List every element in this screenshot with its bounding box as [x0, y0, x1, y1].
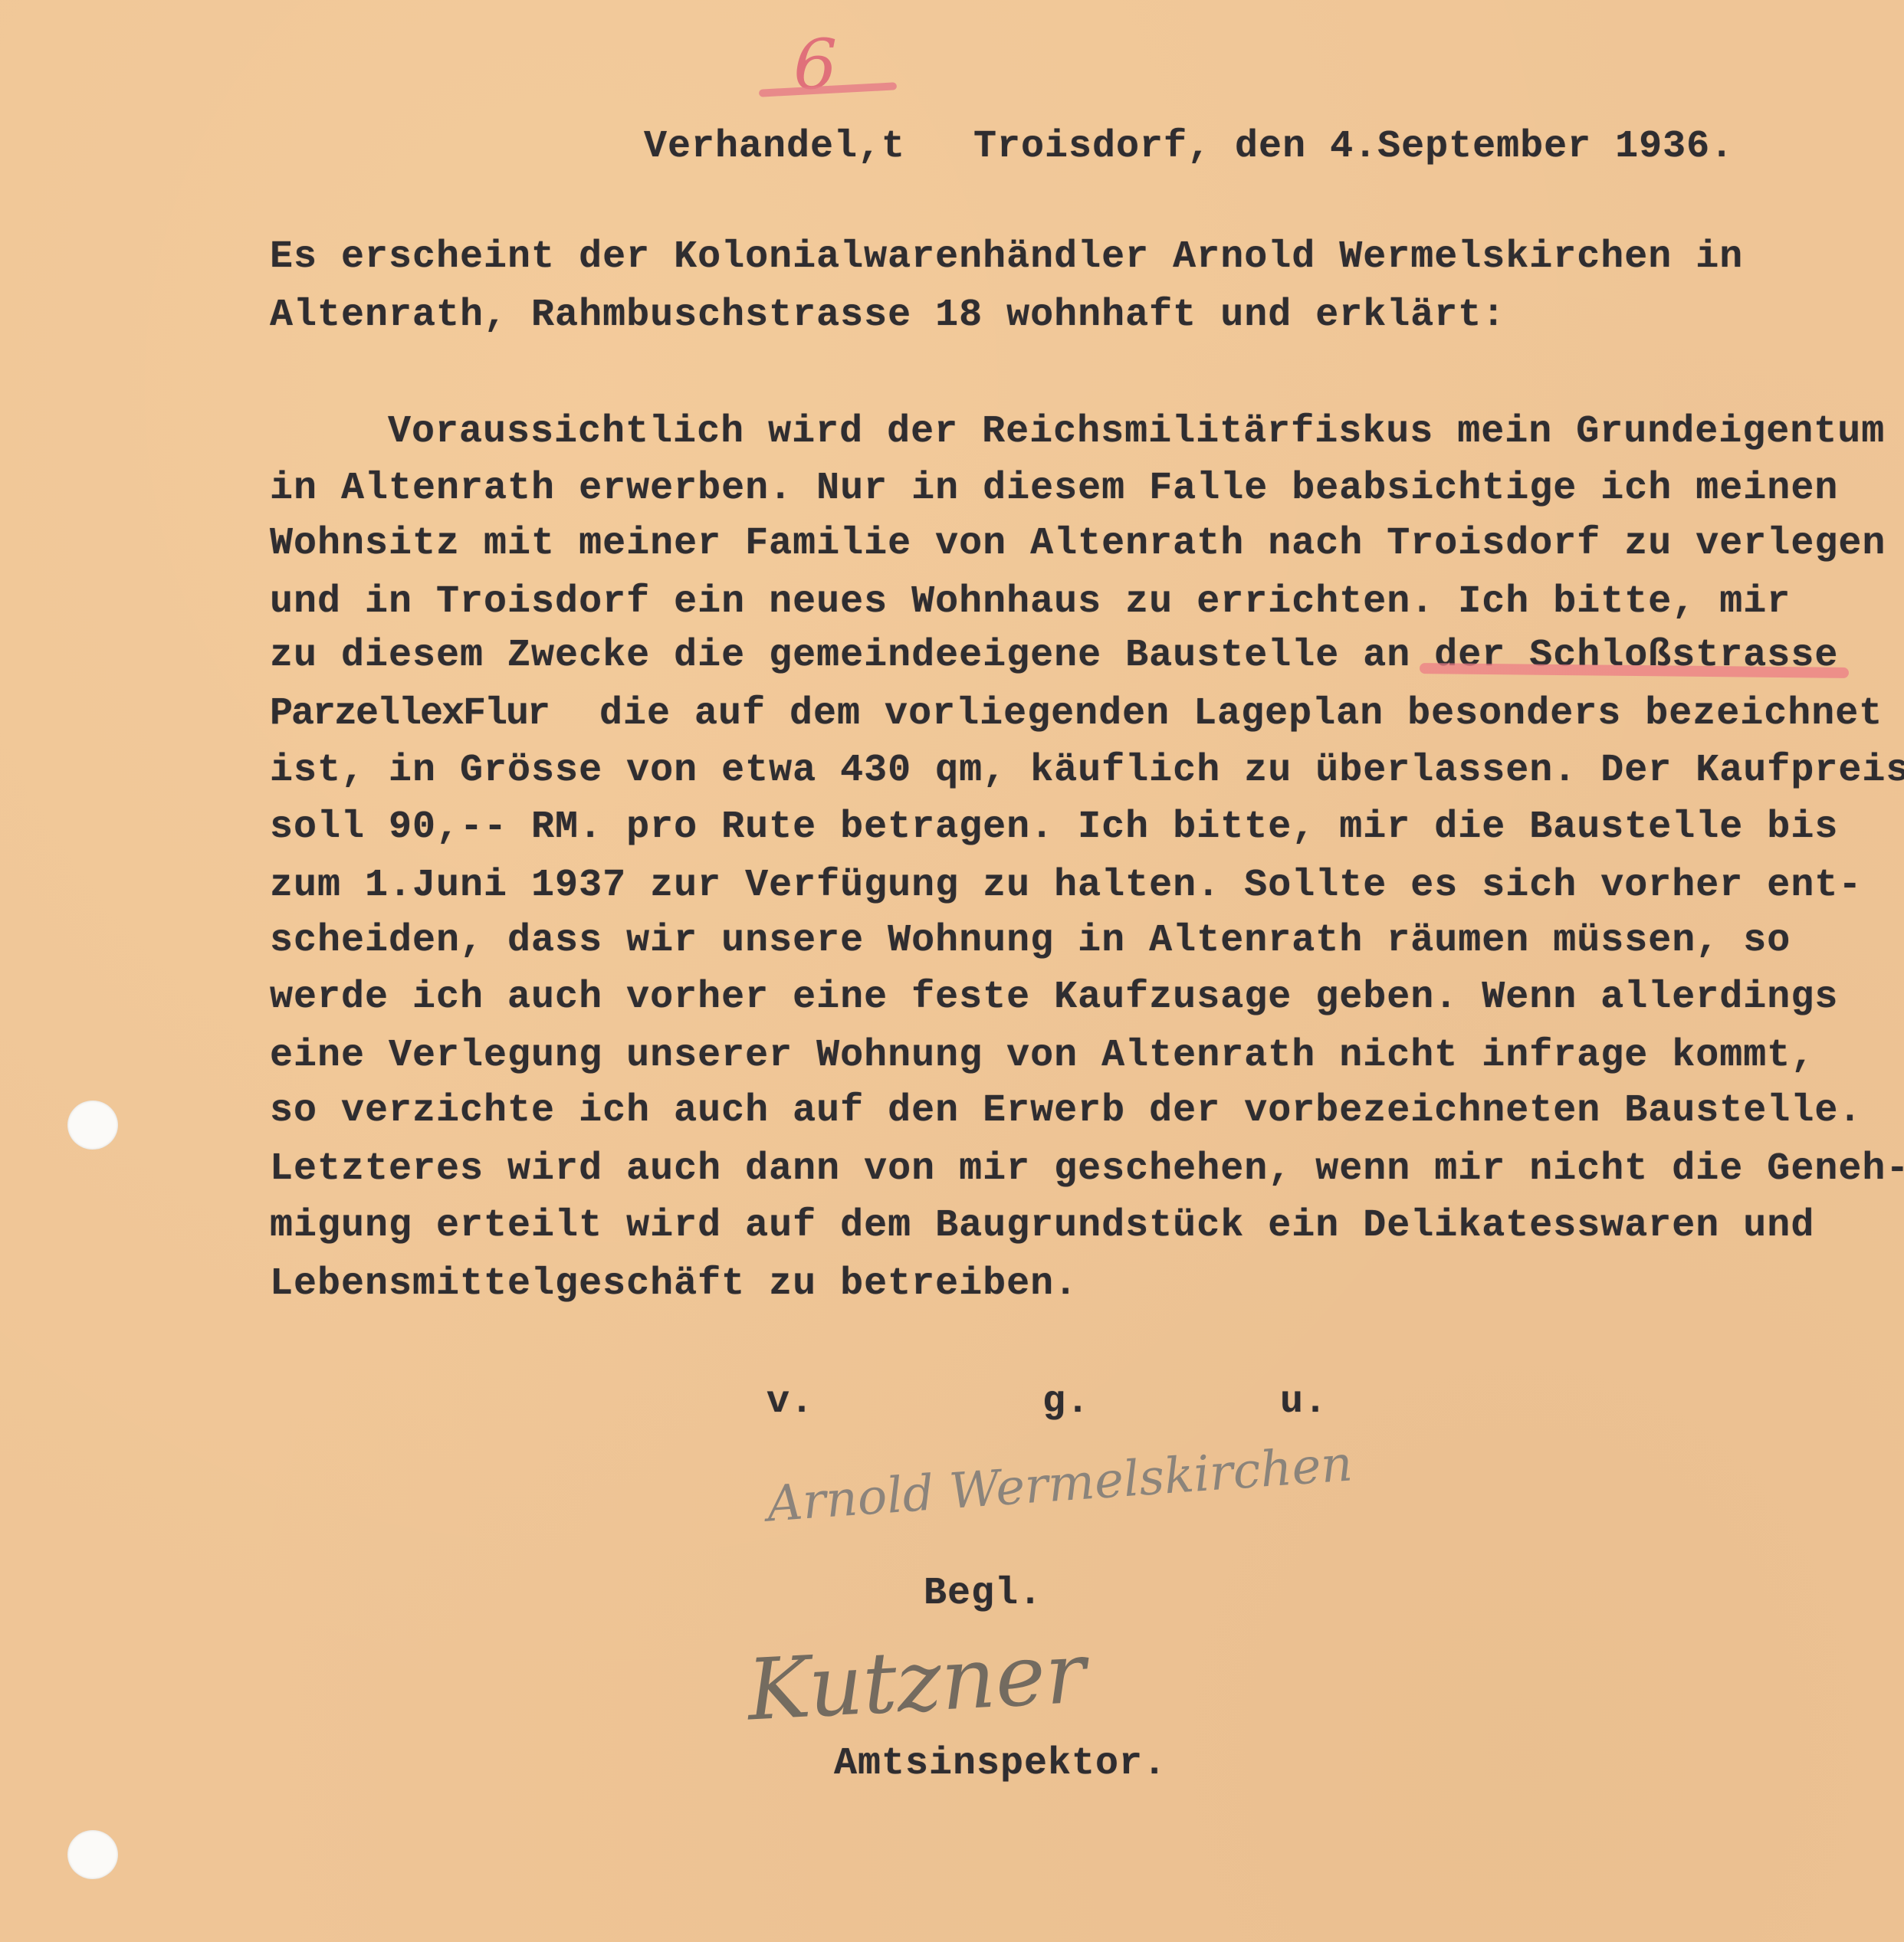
closing-g: g.	[1042, 1379, 1090, 1425]
body-line: soll 90,-- RM. pro Rute betragen. Ich bi…	[270, 805, 1838, 851]
closing-u: u.	[1280, 1379, 1328, 1425]
body-line: Lebensmittelgeschäft zu betreiben.	[270, 1261, 1078, 1307]
body-line: eine Verlegung unserer Wohnung von Alten…	[270, 1033, 1814, 1079]
body-line: scheiden, dass wir unsere Wohnung in Alt…	[270, 918, 1791, 964]
intro-line: Altenrath, Rahmbuschstrasse 18 wohnhaft …	[270, 293, 1505, 339]
certification-label: Begl.	[924, 1571, 1042, 1617]
body-line: werde ich auch vorher eine feste Kaufzus…	[270, 975, 1838, 1021]
body-line: Letzteres wird auch dann von mir gescheh…	[270, 1147, 1904, 1192]
body-line: Wohnsitz mit meiner Familie von Altenrat…	[270, 521, 1886, 567]
closing-v: v.	[767, 1379, 814, 1425]
body-line: in Altenrath erwerben. Nur in diesem Fal…	[270, 466, 1838, 512]
body-line: so verzichte ich auch auf den Erwerb der…	[270, 1088, 1862, 1134]
official-title: Amtsinspektor.	[834, 1741, 1167, 1787]
heading-left: Verhandel,t	[644, 124, 905, 170]
body-line: ist, in Grösse von etwa 430 qm, käuflich…	[270, 748, 1904, 794]
body-line: die auf dem vorliegenden Lageplan besond…	[599, 691, 1883, 737]
body-line: migung erteilt wird auf dem Baugrundstüc…	[270, 1203, 1814, 1249]
punch-hole	[67, 1830, 118, 1879]
struck-out-text: ParzellexFlur	[270, 691, 549, 737]
declarant-signature: Arnold Wermelskirchen	[765, 1435, 1354, 1533]
punch-hole	[67, 1101, 118, 1150]
intro-line: Es erscheint der Kolonialwarenhändler Ar…	[270, 235, 1743, 280]
body-line: Voraussichtlich wird der Reichsmilitärfi…	[388, 409, 1885, 455]
body-line: zum 1.Juni 1937 zur Verfügung zu halten.…	[270, 863, 1862, 909]
official-signature: Kutzner	[745, 1624, 1088, 1740]
heading-place-date: Troisdorf, den 4.September 1936.	[973, 124, 1734, 170]
body-line: und in Troisdorf ein neues Wohnhaus zu e…	[270, 579, 1791, 625]
